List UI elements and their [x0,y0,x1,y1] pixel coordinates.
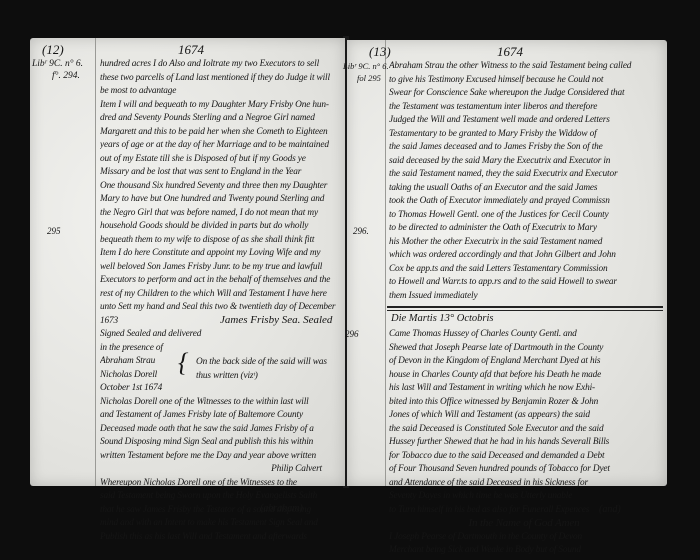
probate-continuation-text: Abraham Strau the other Witness to the s… [389,60,659,303]
left-page: (12) 1674 Libʳ 9C. n° 6. f°. 294. 295 hu… [30,38,345,486]
margin-rule [385,40,386,486]
margin-folio: 295 [47,226,61,236]
margin-folio: 296 [345,329,359,339]
session-heading: Die Martis 13° Octobris [391,313,494,324]
right-page: (13) 1674 Libʳ 9C. n° 6. fol 295 296. 29… [347,40,667,486]
petition-entry-text: Came Thomas Hussey of Charles County Gen… [389,328,659,558]
will-text: hundred acres I do Also and Ioltrate my … [100,58,340,328]
invocation: In the Name of God Amen [389,517,659,531]
liber-reference: Libʳ 9C. n° 6. fol 295 [343,60,389,84]
probate-signature: Philip Calvert [100,463,340,477]
endorsement-note: On the back side of the said will was th… [196,356,346,383]
probate-date: October 1st 1674 [100,382,340,396]
liber-reference: Libʳ 9C. n° 6. f°. 294. [32,58,83,82]
section-divider [387,306,663,308]
testator-signature: James Frisby Sea. Sealed [220,314,332,326]
year-header: 1674 [497,44,523,60]
margin-rule [95,38,96,486]
catchword: (abraham) [260,503,303,514]
catchword: (and) [599,504,621,515]
probate-text: October 1st 1674 Nicholas Dorell one of … [100,382,340,544]
page-number: (13) [369,44,391,60]
page-number: (12) [42,42,64,58]
section-divider [387,310,663,311]
witness-bracket: { [178,350,188,376]
year-header: 1674 [178,42,204,58]
margin-folio: 296. [353,226,369,236]
